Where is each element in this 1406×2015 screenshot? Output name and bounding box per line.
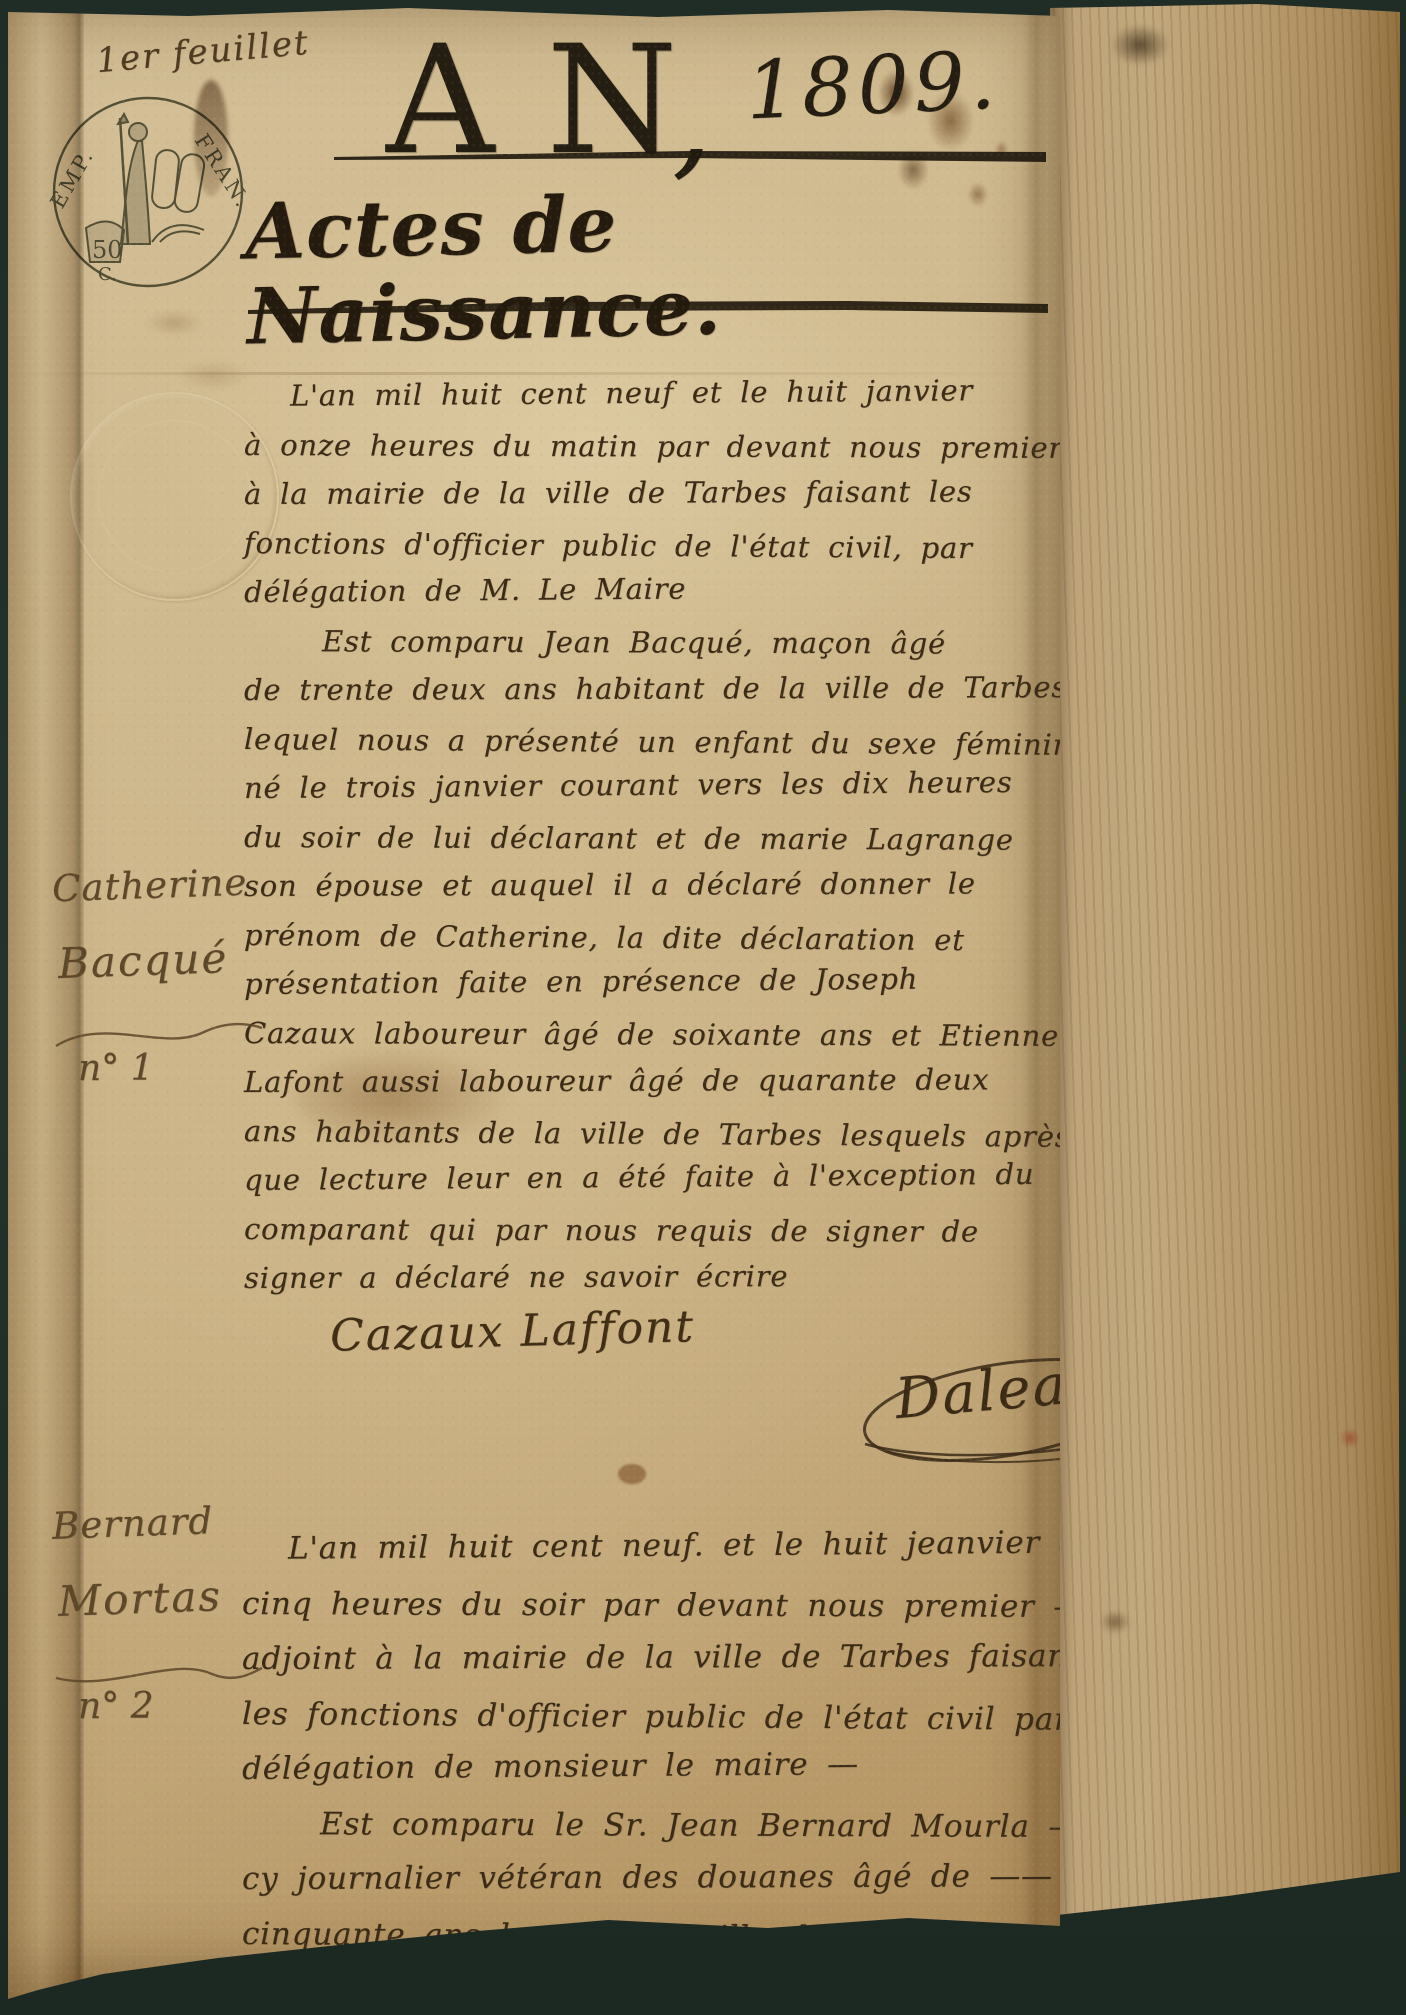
witness-signature: Cazaux Laffont xyxy=(329,1301,695,1362)
small-stain-dot xyxy=(618,1464,646,1484)
act1-line: du soir de lui déclarant et de marie Lag… xyxy=(244,813,1052,865)
act1-line: Lafont aussi laboureur âgé de quarante d… xyxy=(244,1055,1052,1107)
margin-child-surname: Mortas xyxy=(57,1571,222,1626)
revenue-stamp: EMP. FRAN. 50 C. xyxy=(48,92,250,294)
act2-text: L'an mil huit cent neuf. et le huit jean… xyxy=(242,1522,1056,1962)
fore-edge-stain xyxy=(1100,1610,1130,1634)
act1-line: délégation de M. Le Maire xyxy=(244,562,1052,617)
title-underline xyxy=(334,148,1048,168)
act1-line: présentation faite en présence de Joseph xyxy=(244,954,1052,1009)
stamp-denomination: 50 xyxy=(92,236,123,264)
title-year: 1809. xyxy=(744,40,1001,131)
act2-line: adjoint à la mairie de la ville de Tarbe… xyxy=(242,1629,1056,1687)
book-fore-edge xyxy=(1048,4,1400,1934)
act2-line: cinquante ans haut de la ville de Tarbes xyxy=(242,1907,1056,1968)
scanned-register-photo: 1er feuillet EMP. FRAN. 50 C. AN , 1809. xyxy=(0,0,1406,2015)
register-page: 1er feuillet EMP. FRAN. 50 C. AN , 1809. xyxy=(8,6,1060,2001)
act1-line: Est comparu Jean Bacqué, maçon âgé xyxy=(244,617,1052,669)
act2-line: Est comparu le Sr. Jean Bernard Mourla —… xyxy=(242,1797,1056,1855)
act2-line: L'an mil huit cent neuf. et le huit jean… xyxy=(242,1516,1056,1577)
act-number: n° 1 xyxy=(78,1048,154,1089)
page-subtitle: Actes de Naissance. xyxy=(244,173,1061,359)
folio-number-note: 1er feuillet xyxy=(95,23,312,81)
act1-line: à la mairie de la ville de Tarbes faisan… xyxy=(244,467,1052,519)
act1-line: son épouse et auquel il a déclaré donner… xyxy=(244,859,1052,911)
act1-text: L'an mil huit cent neuf et le huit janvi… xyxy=(244,372,1052,1303)
act2-line: délégation de monsieur le maire — xyxy=(242,1736,1056,1797)
act1-line: Cazaux laboureur âgé de soixante ans et … xyxy=(244,1009,1052,1061)
act1-line: à onze heures du matin par devant nous p… xyxy=(244,421,1052,473)
margin-child-surname: Bacqué xyxy=(57,933,229,988)
fore-edge-stain xyxy=(1110,24,1170,66)
stamp-ring xyxy=(54,98,242,286)
act1-line: né le trois janvier courant vers les dix… xyxy=(244,758,1052,813)
margin-child-firstname: Catherine xyxy=(51,861,248,911)
act2-line: cinq heures du soir par devant nous prem… xyxy=(242,1577,1056,1635)
act1-line: que lecture leur en a été faite à l'exce… xyxy=(244,1150,1052,1205)
act1-line: L'an mil huit cent neuf et le huit janvi… xyxy=(244,366,1052,421)
page-fold-shadow xyxy=(8,6,84,2001)
act-number: n° 2 xyxy=(78,1686,154,1727)
subtitle-underline xyxy=(248,298,1050,320)
act1-line: signer a déclaré ne savoir écrire xyxy=(244,1251,1052,1303)
stamp-denomination-unit: C. xyxy=(98,264,117,285)
act2-line: cy journalier vétéran des douanes âgé de… xyxy=(242,1849,1056,1907)
red-pencil-mark xyxy=(1288,1928,1380,1970)
act1-line: comparant qui par nous requis de signer … xyxy=(244,1205,1052,1257)
fore-edge-red-spot xyxy=(1340,1428,1360,1448)
margin-child-firstname: Bernard xyxy=(51,1499,213,1548)
act1-line: de trente deux ans habitant de la ville … xyxy=(244,663,1052,715)
